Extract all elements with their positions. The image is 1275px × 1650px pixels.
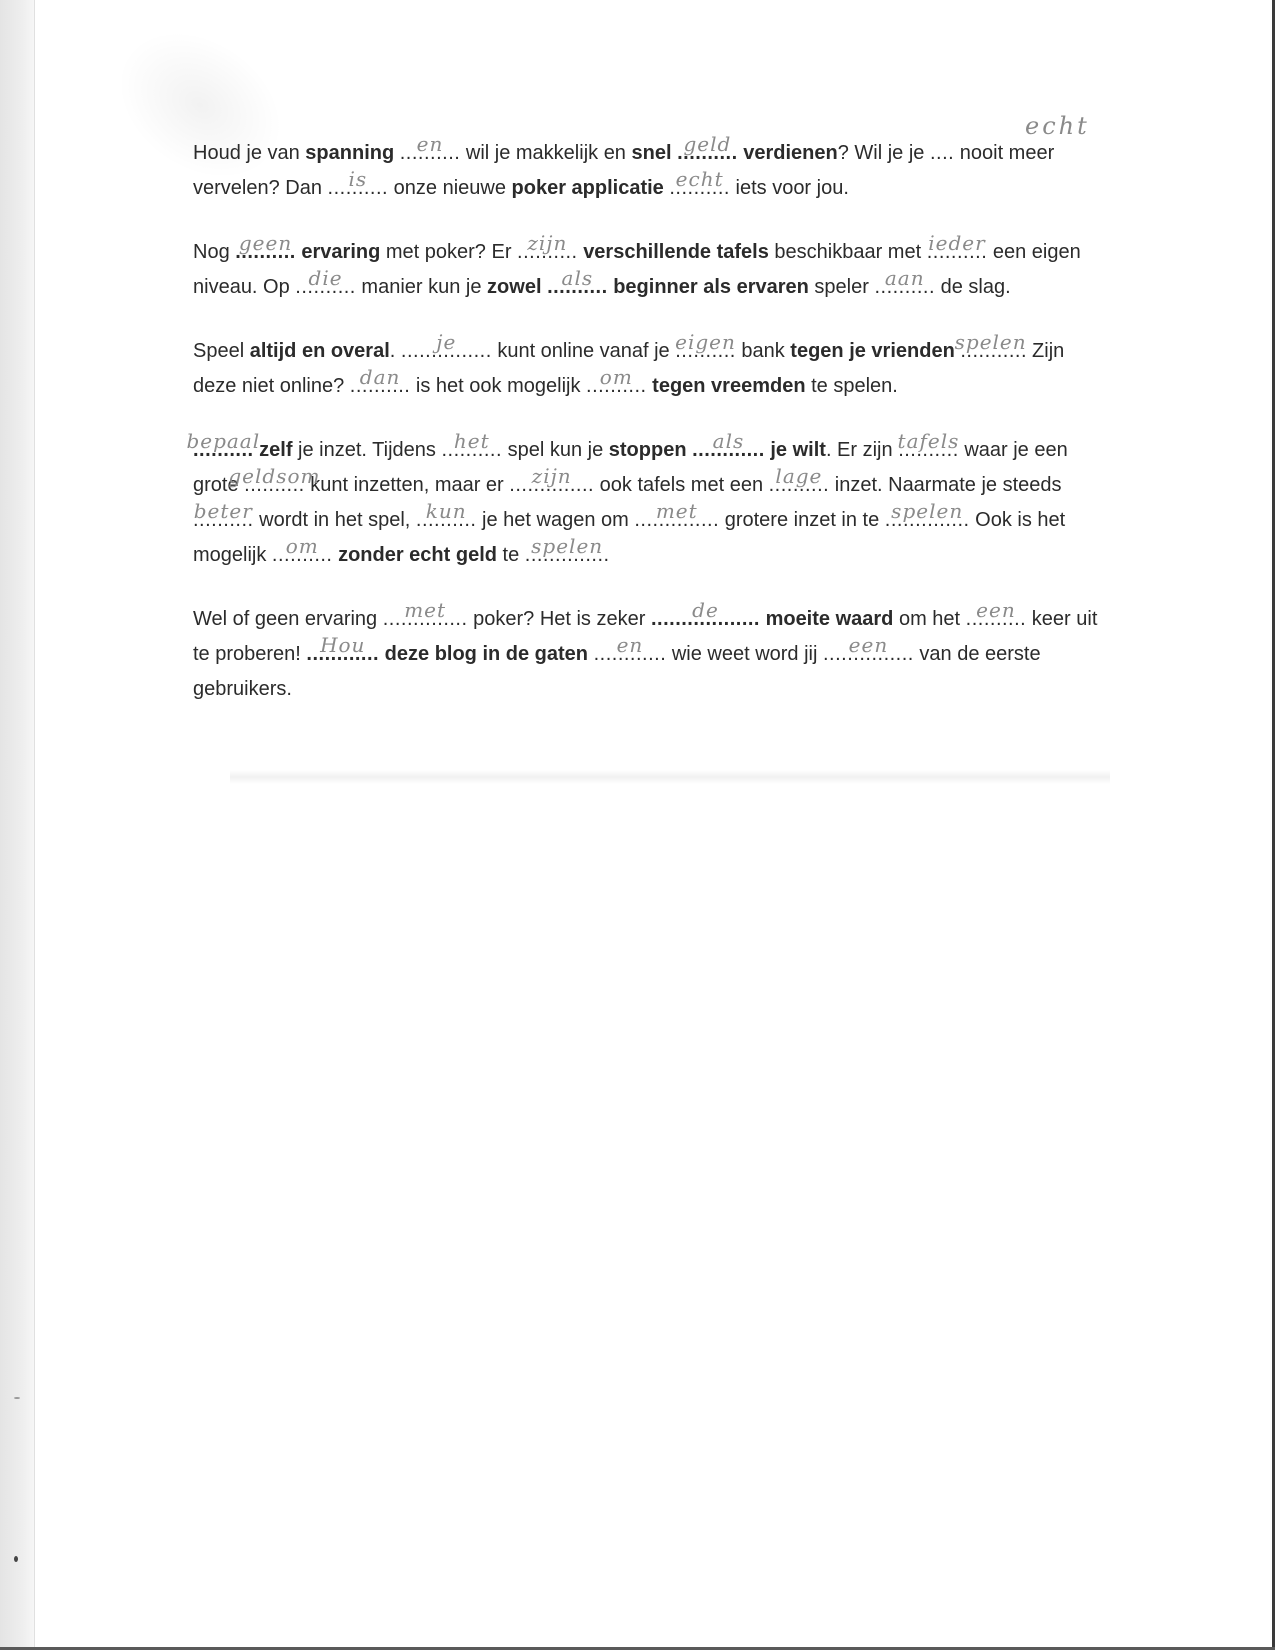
blank-dots: .... xyxy=(930,142,954,164)
bold-keyword: verschillende tafels xyxy=(583,241,769,263)
text: wordt in het spel, xyxy=(254,509,416,531)
blank-dots: .......... xyxy=(400,142,461,164)
fill-in-blank[interactable]: ............als xyxy=(692,433,765,468)
blank-dots: .......... xyxy=(960,340,1021,362)
fill-in-blank[interactable]: ............Hou xyxy=(306,637,379,672)
blank-dots: .................. xyxy=(651,608,760,630)
blank-dots: ............ xyxy=(692,439,765,461)
fill-in-blank[interactable]: .... xyxy=(930,136,954,171)
blank-dots: .......... xyxy=(517,241,578,263)
text: te spelen. xyxy=(806,375,898,397)
bold-keyword: snel xyxy=(632,142,672,164)
fill-in-blank[interactable]: ..........beter xyxy=(193,503,254,538)
blank-dots: .......... xyxy=(416,509,477,531)
paragraph-3: Speel altijd en overal. ...............j… xyxy=(193,334,1113,404)
fill-in-blank[interactable]: ..................de xyxy=(651,602,760,637)
text: te xyxy=(497,544,525,566)
blank-dots: .......... xyxy=(193,439,254,461)
blank-dots: .......... xyxy=(272,544,333,566)
blank-dots: .......... xyxy=(669,177,730,199)
blank-dots: .......... xyxy=(244,474,305,496)
blank-dots: .......... xyxy=(295,276,356,298)
fill-in-blank[interactable]: ..........tafels xyxy=(898,433,959,468)
text: Nog xyxy=(193,241,235,263)
blank-dots: .......... xyxy=(677,142,738,164)
fill-in-blank[interactable]: ...............je xyxy=(401,334,492,369)
text: Speel xyxy=(193,340,250,362)
blank-dots: .......... xyxy=(675,340,736,362)
text: ? Wil je je xyxy=(838,142,930,164)
fill-in-blank[interactable]: ..............spelen xyxy=(525,538,610,573)
fill-in-blank[interactable]: ..........het xyxy=(441,433,502,468)
fill-in-blank[interactable]: ..........dan xyxy=(350,369,411,404)
paper-fold xyxy=(230,770,1110,784)
fill-in-blank[interactable]: ..........geen xyxy=(235,235,296,270)
fill-in-blank[interactable]: ..............spelen xyxy=(885,503,970,538)
text: de slag. xyxy=(935,276,1011,298)
scan-speck xyxy=(14,1556,18,1562)
blank-dots: .......... xyxy=(898,439,959,461)
text: met poker? Er xyxy=(380,241,517,263)
fill-in-blank[interactable]: ..........eigen xyxy=(675,334,736,369)
fill-in-blank[interactable]: ..........een xyxy=(966,602,1027,637)
fill-in-blank[interactable]: ..............met xyxy=(383,602,468,637)
fill-in-blank[interactable]: ..........ieder xyxy=(927,235,988,270)
blank-dots: .......... xyxy=(769,474,830,496)
text: speler xyxy=(809,276,875,298)
paragraph-5: Wel of geen ervaring ..............met p… xyxy=(193,602,1113,707)
text: wie weet word jij xyxy=(666,643,823,665)
blank-dots: .............. xyxy=(509,474,594,496)
text: Houd je van xyxy=(193,142,305,164)
fill-in-blank[interactable]: ..........spelen xyxy=(960,334,1021,369)
paragraph-1: Houd je van spanning ..........en wil je… xyxy=(193,136,1113,206)
blank-dots: .......... xyxy=(874,276,935,298)
fill-in-blank[interactable]: ..........om xyxy=(586,369,647,404)
bold-keyword: tegen je vrienden xyxy=(790,340,955,362)
fill-in-blank[interactable]: ..........is xyxy=(328,171,389,206)
text: . Er zijn xyxy=(826,439,898,461)
bold-keyword: deze blog in de gaten xyxy=(385,643,588,665)
text: om het xyxy=(893,608,965,630)
fill-in-blank[interactable]: ..........zijn xyxy=(517,235,578,270)
text: kunt online vanaf je xyxy=(492,340,675,362)
blank-dots: .............. xyxy=(383,608,468,630)
text: beschikbaar met xyxy=(769,241,927,263)
text: . xyxy=(390,340,401,362)
fill-in-blank[interactable]: ..........echt xyxy=(669,171,730,206)
text: bank xyxy=(736,340,790,362)
blank-dots: .......... xyxy=(328,177,389,199)
blank-dots: .......... xyxy=(586,375,647,397)
text: je inzet. Tijdens xyxy=(292,439,441,461)
blank-dots: ............... xyxy=(401,340,492,362)
blank-dots: .............. xyxy=(885,509,970,531)
text: grotere inzet in te xyxy=(719,509,885,531)
text: ook tafels met een xyxy=(594,474,769,496)
fill-in-blank[interactable]: ..........aan xyxy=(874,270,935,305)
bold-keyword: verdienen xyxy=(743,142,837,164)
bold-keyword: altijd en overal xyxy=(250,340,390,362)
fill-in-blank[interactable]: ............en xyxy=(594,637,667,672)
blank-dots: .......... xyxy=(441,439,502,461)
fill-in-blank[interactable]: ..........bepaal xyxy=(193,433,254,468)
text: spel kun je xyxy=(502,439,609,461)
fill-in-blank[interactable]: ..........en xyxy=(400,136,461,171)
bold-keyword: poker applicatie xyxy=(512,177,664,199)
bold-keyword: beginner als ervaren xyxy=(613,276,809,298)
fill-in-blank[interactable]: ..........geldsom xyxy=(244,468,305,503)
bold-keyword: zowel xyxy=(487,276,541,298)
text: kunt inzetten, maar er xyxy=(305,474,510,496)
fill-in-blank[interactable]: ..........als xyxy=(547,270,608,305)
text: manier kun je xyxy=(356,276,487,298)
bold-keyword: spanning xyxy=(305,142,394,164)
blank-dots: ............ xyxy=(306,643,379,665)
fill-in-blank[interactable]: ..........geld xyxy=(677,136,738,171)
bold-keyword: je wilt xyxy=(770,439,826,461)
scan-edge-left xyxy=(0,0,35,1650)
fill-in-blank[interactable]: ..........die xyxy=(295,270,356,305)
blank-dots: .............. xyxy=(634,509,719,531)
fill-in-blank[interactable]: ...............een xyxy=(823,637,914,672)
fill-in-blank[interactable]: ..............met xyxy=(634,503,719,538)
bold-keyword: zelf xyxy=(259,439,292,461)
blank-dots: .......... xyxy=(927,241,988,263)
text: poker? Het is zeker xyxy=(468,608,651,630)
text: is het ook mogelijk xyxy=(410,375,586,397)
blank-dots: .......... xyxy=(547,276,608,298)
text: Wel of geen ervaring xyxy=(193,608,383,630)
blank-dots: ............... xyxy=(823,643,914,665)
blank-dots: ............ xyxy=(594,643,667,665)
bold-keyword: zonder echt geld xyxy=(338,544,497,566)
text: wil je makkelijk en xyxy=(460,142,631,164)
text: je het wagen om xyxy=(476,509,634,531)
scan-speck xyxy=(14,1397,20,1399)
fill-in-blank[interactable]: ..........kun xyxy=(416,503,477,538)
bold-keyword: tegen vreemden xyxy=(652,375,805,397)
bold-keyword: ervaring xyxy=(301,241,380,263)
blank-dots: .......... xyxy=(235,241,296,263)
fill-in-blank[interactable]: ..........om xyxy=(272,538,333,573)
blank-dots: .......... xyxy=(193,509,254,531)
paragraph-2: Nog ..........geen ervaring met poker? E… xyxy=(193,235,1113,305)
text: inzet. Naarmate je steeds xyxy=(829,474,1061,496)
fill-in-blank[interactable]: ..............zijn xyxy=(509,468,594,503)
bold-keyword: stoppen xyxy=(609,439,687,461)
text: onze nieuwe xyxy=(388,177,511,199)
paragraph-4: ..........bepaal zelf je inzet. Tijdens … xyxy=(193,433,1113,573)
blank-dots: .............. xyxy=(525,544,610,566)
worksheet-document: Houd je van spanning ..........en wil je… xyxy=(193,136,1113,736)
bold-keyword: moeite waard xyxy=(766,608,894,630)
fill-in-blank[interactable]: ..........lage xyxy=(769,468,830,503)
text: iets voor jou. xyxy=(730,177,849,199)
blank-dots: .......... xyxy=(350,375,411,397)
blank-dots: .......... xyxy=(966,608,1027,630)
